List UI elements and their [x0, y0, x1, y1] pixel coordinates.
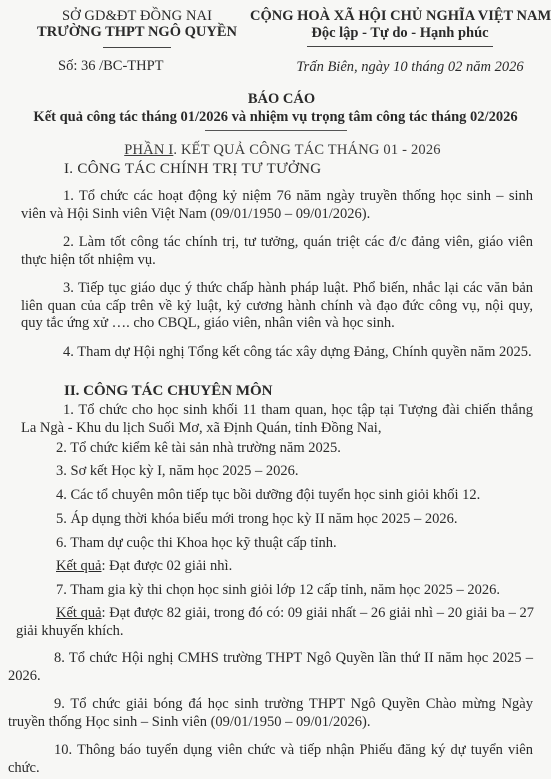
part-heading-text: . KẾT QUẢ CÔNG TÁC THÁNG 01 - 2026: [173, 142, 440, 158]
list-item: 8. Tổ chức Hội nghị CMHS trường THPT Ngô…: [8, 650, 533, 685]
list-item: 2. Làm tốt công tác chính trị, tư tưởng,…: [21, 234, 533, 269]
result-line: Kết quả: Đạt được 82 giải, trong đó có: …: [16, 605, 534, 640]
list-item: 3. Sơ kết Học kỳ I, năm học 2025 – 2026.: [56, 463, 551, 481]
part-label: PHẦN I: [124, 142, 173, 158]
national-header-block: CỘNG HOÀ XÃ HỘI CHỦ NGHĨA VIỆT NAM Độc l…: [250, 8, 550, 76]
list-item: 7. Tham gia kỳ thi chọn học sinh giỏi lớ…: [56, 582, 551, 600]
national-motto: Độc lập - Tự do - Hạnh phúc: [250, 24, 550, 42]
nation-name: CỘNG HOÀ XÃ HỘI CHỦ NGHĨA VIỆT NAM: [250, 8, 550, 24]
report-title-block: BÁO CÁO Kết quả công tác tháng 01/2026 v…: [0, 90, 551, 131]
list-item: 1. Tổ chức các hoạt động kỷ niệm 76 năm …: [21, 188, 533, 223]
report-subtitle: Kết quả công tác tháng 01/2026 và nhiệm …: [0, 108, 551, 126]
section-heading-professional: II. CÔNG TÁC CHUYÊN MÔN: [64, 382, 272, 400]
list-item: 4. Tham dự Hội nghị Tổng kết công tác xâ…: [21, 344, 533, 362]
list-item: 9. Tổ chức giải bóng đá học sinh trường …: [8, 696, 533, 731]
list-item: 1. Tổ chức cho học sinh khối 11 tham qua…: [21, 402, 533, 437]
document-page: SỞ GD&ĐT ĐỒNG NAI TRƯỜNG THPT NGÔ QUYỀN …: [0, 0, 551, 779]
issuing-agency-block: SỞ GD&ĐT ĐỒNG NAI TRƯỜNG THPT NGÔ QUYỀN …: [22, 8, 252, 75]
list-item: 2. Tổ chức kiểm kê tài sản nhà trường nă…: [56, 440, 551, 458]
part-heading: PHẦN I. KẾT QUẢ CÔNG TÁC THÁNG 01 - 2026: [0, 141, 551, 159]
list-item: 5. Áp dụng thời khóa biểu mới trong học …: [56, 511, 551, 529]
list-item: 3. Tiếp tục giáo dục ý thức chấp hành ph…: [21, 280, 533, 333]
list-item: 6. Tham dự cuộc thi Khoa học kỹ thuật cấ…: [56, 535, 551, 553]
list-item: 4. Các tổ chuyên môn tiếp tục bồi dưỡng …: [56, 487, 551, 505]
list-item: 10. Thông báo tuyển dụng viên chức và ti…: [8, 742, 533, 777]
place-and-date: Trấn Biên, ngày 10 tháng 02 năm 2026: [250, 59, 550, 76]
section-heading-political: I. CÔNG TÁC CHÍNH TRỊ TƯ TƯỞNG: [64, 160, 321, 178]
title-divider: [205, 130, 347, 131]
document-type: BÁO CÁO: [0, 90, 551, 108]
school-name: TRƯỜNG THPT NGÔ QUYỀN: [22, 24, 252, 41]
result-label: Kết quả: [56, 605, 102, 621]
agency-divider: [103, 47, 171, 48]
motto-divider: [307, 46, 493, 47]
result-line: Kết quả: Đạt được 02 giải nhì.: [56, 558, 551, 576]
department-name: SỞ GD&ĐT ĐỒNG NAI: [22, 8, 252, 24]
document-number: Số: 36 /BC-THPT: [22, 58, 252, 75]
result-text: : Đạt được 02 giải nhì.: [102, 558, 233, 574]
result-label: Kết quả: [56, 558, 102, 574]
